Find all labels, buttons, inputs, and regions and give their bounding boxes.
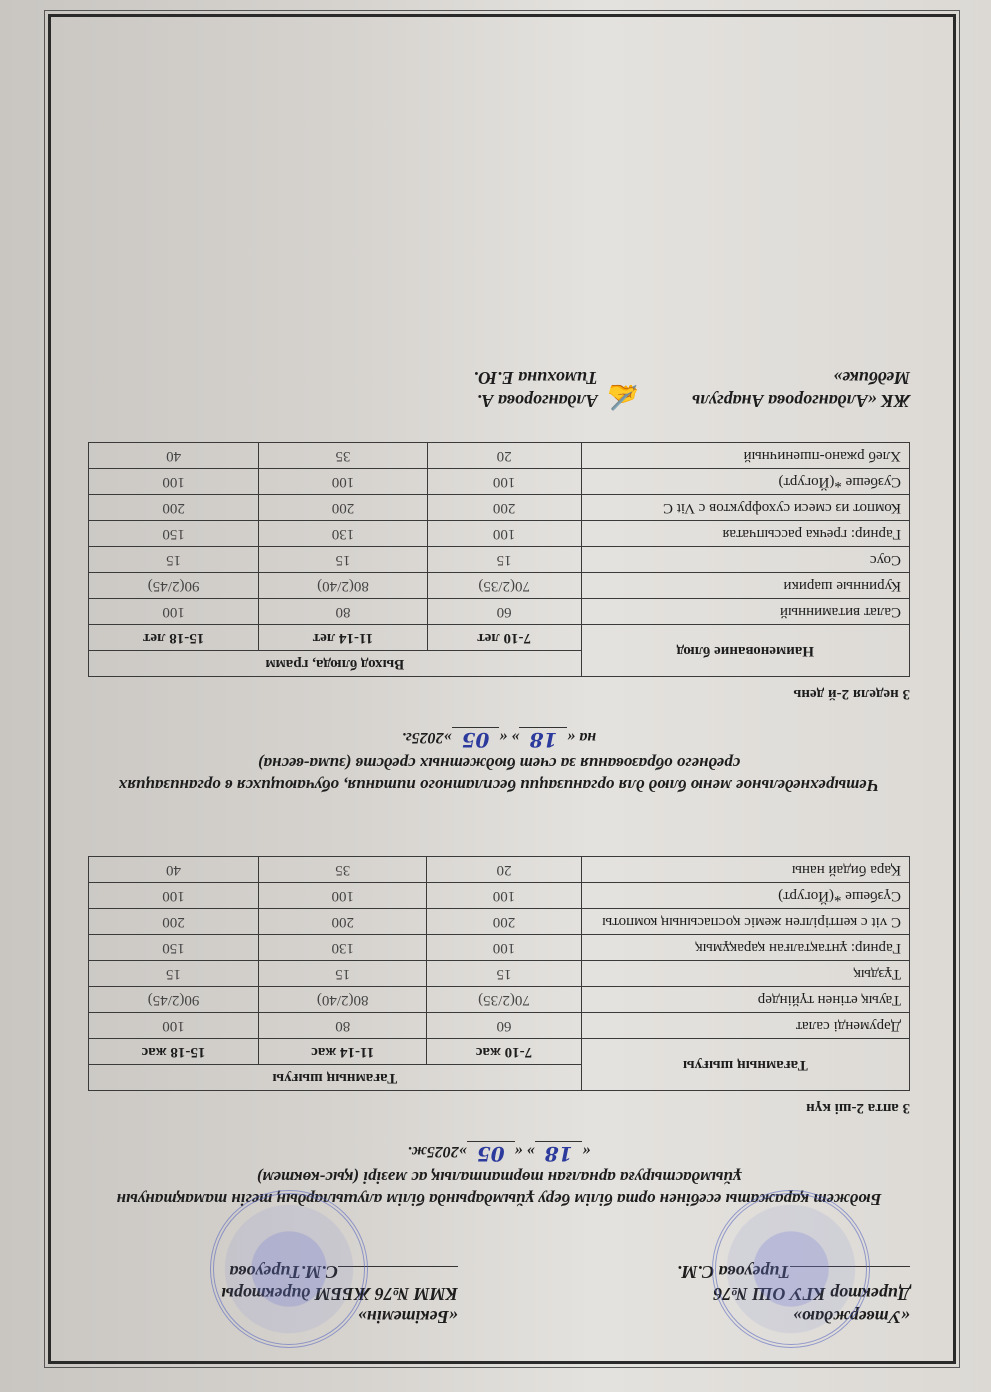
col-dish-name: Наименование блюд bbox=[581, 625, 909, 677]
portion-grams: 100 bbox=[259, 469, 427, 495]
russian-date: на «18» «05»2025г. bbox=[88, 728, 910, 752]
signers: Алдангорова А. Тимохина Е.Ю. bbox=[474, 365, 598, 412]
official-stamp bbox=[210, 1190, 368, 1348]
handwritten-month: 05 bbox=[452, 727, 500, 752]
portion-grams: 100 bbox=[427, 469, 581, 495]
table-row: Дәрумендi салат6080100 bbox=[89, 1013, 910, 1039]
portion-grams: 15 bbox=[259, 547, 427, 573]
portion-grams: 70(2/35) bbox=[427, 573, 581, 599]
table-row: Салат витаминный6080100 bbox=[89, 599, 910, 625]
portion-grams: 80(2/40) bbox=[259, 573, 427, 599]
handwritten-month: 05 bbox=[467, 1141, 515, 1166]
portion-grams: 200 bbox=[427, 495, 581, 521]
dish-name: С vit с кептірілген жеміс қоспасының ком… bbox=[581, 909, 909, 935]
portion-grams: 100 bbox=[89, 883, 259, 909]
portion-grams: 200 bbox=[259, 909, 427, 935]
russian-menu-table: Наименование блюд Выход блюда, грамм 7-1… bbox=[88, 442, 910, 677]
portion-grams: 200 bbox=[427, 909, 581, 935]
portion-grams: 150 bbox=[89, 935, 259, 961]
dish-name: Гарнир: ұнтақталған қарақұмық bbox=[581, 935, 909, 961]
portion-grams: 15 bbox=[427, 961, 581, 987]
russian-menu-title: Четырехнедельное меню блюд для организац… bbox=[88, 752, 910, 796]
dish-name: Соус bbox=[581, 547, 909, 573]
signer-name: Алдангорова А. bbox=[474, 389, 598, 412]
portion-grams: 100 bbox=[89, 599, 259, 625]
col-age: 11-14 жас bbox=[259, 1039, 427, 1065]
document-content: «Утверждаю» Директор КГУ ОШ №76 Тиреуова… bbox=[88, 26, 910, 1338]
kazakh-week-label: 3 апта 2-ші күн bbox=[88, 1099, 910, 1116]
col-output-group: Выход блюда, грамм bbox=[89, 651, 582, 677]
contractor-name: ЖК «Алдангорова Анаргуль Медбике» bbox=[650, 365, 910, 412]
russian-week-label: 3 неделя 2-й день bbox=[88, 685, 910, 702]
table-row: Сузбеше *(Йогурт)100100100 bbox=[89, 469, 910, 495]
portion-grams: 200 bbox=[89, 495, 259, 521]
portion-grams: 100 bbox=[427, 935, 581, 961]
portion-grams: 100 bbox=[259, 883, 427, 909]
dish-name: Дәрумендi салат bbox=[581, 1013, 909, 1039]
table-row: Гарнир: гречка рассыпчатая100130150 bbox=[89, 521, 910, 547]
dish-name: Куринные шарики bbox=[581, 573, 909, 599]
col-dish-name: Тағамның шығуы bbox=[581, 1039, 909, 1091]
handwritten-day: 18 bbox=[535, 1141, 583, 1166]
portion-grams: 100 bbox=[427, 521, 581, 547]
portion-grams: 35 bbox=[259, 443, 427, 469]
portion-grams: 35 bbox=[259, 857, 427, 883]
approval-block-ru: «Утверждаю» Директор КГУ ОШ №76 Тиреуова… bbox=[540, 1261, 910, 1329]
portion-grams: 15 bbox=[427, 547, 581, 573]
footer-signatures: ЖК «Алдангорова Анаргуль Медбике» ✍ Алда… bbox=[88, 365, 910, 412]
dish-name: Гарнир: гречка рассыпчатая bbox=[581, 521, 909, 547]
portion-grams: 80 bbox=[259, 599, 427, 625]
col-age: 7-10 лет bbox=[427, 625, 581, 651]
signer-name: Тимохина Е.Ю. bbox=[474, 365, 598, 388]
portion-grams: 60 bbox=[427, 1013, 581, 1039]
approval-block-kz: «Бекітемін» КММ №76 ЖББМ директоры С.М.Т… bbox=[88, 1261, 498, 1329]
portion-grams: 90(2/45) bbox=[89, 987, 259, 1013]
kazakh-menu-table: Тағамның шығуы Тағамның шығуы 7-10 жас 1… bbox=[88, 856, 910, 1091]
portion-grams: 200 bbox=[259, 495, 427, 521]
portion-grams: 70(2/35) bbox=[427, 987, 581, 1013]
portion-grams: 15 bbox=[89, 961, 259, 987]
dish-name: Сүзбеше *(Йогурт) bbox=[581, 883, 909, 909]
document-page: «Утверждаю» Директор КГУ ОШ №76 Тиреуова… bbox=[18, 6, 970, 1368]
table-row: Тауық етінен түйіндер70(2/35)80(2/40)90(… bbox=[89, 987, 910, 1013]
dish-name: Тауық етінен түйіндер bbox=[581, 987, 909, 1013]
portion-grams: 130 bbox=[259, 521, 427, 547]
dish-name: Тұздық bbox=[581, 961, 909, 987]
col-output-group: Тағамның шығуы bbox=[89, 1065, 582, 1091]
col-age: 15-18 лет bbox=[89, 625, 259, 651]
table-row: Тұздық151515 bbox=[89, 961, 910, 987]
portion-grams: 80 bbox=[259, 1013, 427, 1039]
portion-grams: 80(2/40) bbox=[259, 987, 427, 1013]
portion-grams: 20 bbox=[427, 443, 581, 469]
portion-grams: 40 bbox=[89, 857, 259, 883]
portion-grams: 60 bbox=[427, 599, 581, 625]
portion-grams: 100 bbox=[89, 1013, 259, 1039]
col-age: 11-14 лет bbox=[259, 625, 427, 651]
approval-section: «Утверждаю» Директор КГУ ОШ №76 Тиреуова… bbox=[88, 1261, 910, 1329]
portion-grams: 15 bbox=[89, 547, 259, 573]
portion-grams: 15 bbox=[259, 961, 427, 987]
dish-name: Хлеб ржано-пшеничный bbox=[581, 443, 909, 469]
portion-grams: 100 bbox=[427, 883, 581, 909]
portion-grams: 150 bbox=[89, 521, 259, 547]
col-age: 7-10 жас bbox=[427, 1039, 581, 1065]
dish-name: Салат витаминный bbox=[581, 599, 909, 625]
kazakh-date: «18» «05»2025ж. bbox=[88, 1142, 910, 1166]
table-row: Сүзбеше *(Йогурт)100100100 bbox=[89, 883, 910, 909]
dish-name: Компот из смеси сухофруктов с Vit C bbox=[581, 495, 909, 521]
dish-name: Қара бидай наны bbox=[581, 857, 909, 883]
portion-grams: 100 bbox=[89, 469, 259, 495]
table-row: Компот из смеси сухофруктов с Vit C20020… bbox=[89, 495, 910, 521]
table-row: Соус151515 bbox=[89, 547, 910, 573]
table-row: Куринные шарики70(2/35)80(2/40)90(2/45) bbox=[89, 573, 910, 599]
handwritten-signature: ✍ bbox=[608, 365, 640, 412]
portion-grams: 20 bbox=[427, 857, 581, 883]
portion-grams: 40 bbox=[89, 443, 259, 469]
portion-grams: 200 bbox=[89, 909, 259, 935]
handwritten-day: 18 bbox=[519, 727, 567, 752]
table-row: Хлеб ржано-пшеничный203540 bbox=[89, 443, 910, 469]
portion-grams: 90(2/45) bbox=[89, 573, 259, 599]
portion-grams: 130 bbox=[259, 935, 427, 961]
table-row: Гарнир: ұнтақталған қарақұмық100130150 bbox=[89, 935, 910, 961]
col-age: 15-18 жас bbox=[89, 1039, 259, 1065]
official-stamp bbox=[712, 1190, 870, 1348]
table-row: С vit с кептірілген жеміс қоспасының ком… bbox=[89, 909, 910, 935]
dish-name: Сузбеше *(Йогурт) bbox=[581, 469, 909, 495]
table-row: Қара бидай наны203540 bbox=[89, 857, 910, 883]
